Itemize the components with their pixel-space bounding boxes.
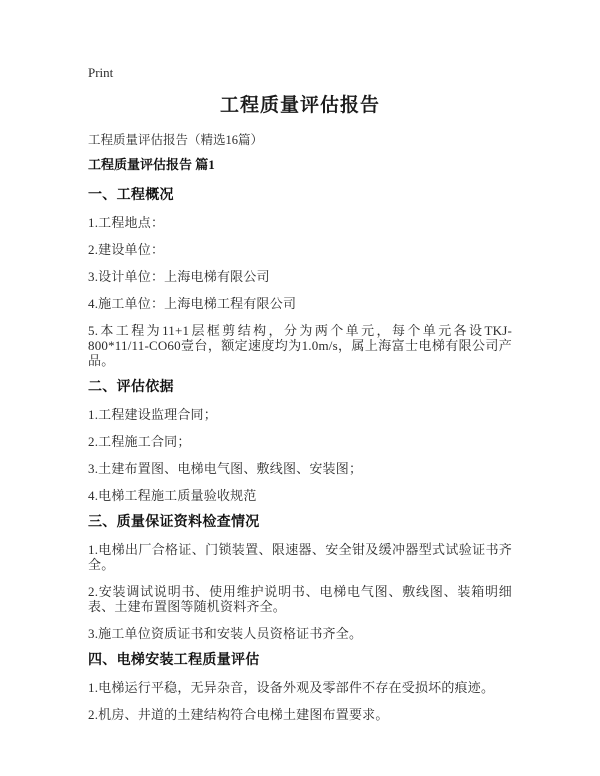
paragraph: 2.工程施工合同；: [88, 434, 512, 449]
document-subtitle: 工程质量评估报告（精选16篇）: [88, 133, 512, 148]
section-heading: 一、工程概况: [88, 188, 512, 203]
series-heading: 工程质量评估报告 篇1: [88, 157, 512, 172]
document-title: 工程质量评估报告: [88, 94, 512, 118]
section-heading: 四、电梯安装工程质量评估: [88, 653, 512, 668]
paragraph: 1.电梯运行平稳，无异杂音，设备外观及零部件不存在受损坏的痕迹。: [88, 680, 512, 695]
print-link[interactable]: Print: [88, 66, 512, 80]
section-heading: 二、评估依据: [88, 380, 512, 395]
section-overview: 一、工程概况 1.工程地点： 2.建设单位： 3.设计单位：上海电梯有限公司 4…: [88, 188, 512, 368]
section-evaluation-basis: 二、评估依据 1.工程建设监理合同； 2.工程施工合同； 3.土建布置图、电梯电…: [88, 380, 512, 503]
paragraph: 2.建设单位：: [88, 242, 512, 257]
section-heading: 三、质量保证资料检查情况: [88, 515, 512, 530]
paragraph: 3.设计单位：上海电梯有限公司: [88, 269, 512, 284]
paragraph: 2.安装调试说明书、使用维护说明书、电梯电气图、敷线图、装箱明细表、土建布置图等…: [88, 584, 512, 614]
document-page: Print 工程质量评估报告 工程质量评估报告（精选16篇） 工程质量评估报告 …: [0, 0, 600, 776]
paragraph: 4.施工单位：上海电梯工程有限公司: [88, 296, 512, 311]
paragraph: 1.电梯出厂合格证、门锁装置、限速器、安全钳及缓冲器型式试验证书齐全。: [88, 542, 512, 572]
paragraph: 3.施工单位资质证书和安装人员资格证书齐全。: [88, 626, 512, 641]
paragraph: 1.工程地点：: [88, 215, 512, 230]
paragraph: 4.电梯工程施工质量验收规范: [88, 488, 512, 503]
paragraph: 2.机房、井道的土建结构符合电梯土建图布置要求。: [88, 707, 512, 722]
paragraph: 5.本工程为11+1层框剪结构，分为两个单元，每个单元各设TKJ-800*11/…: [88, 323, 512, 368]
paragraph: 1.工程建设监理合同；: [88, 407, 512, 422]
paragraph: 3.土建布置图、电梯电气图、敷线图、安装图；: [88, 461, 512, 476]
section-quality-assurance-docs: 三、质量保证资料检查情况 1.电梯出厂合格证、门锁装置、限速器、安全钳及缓冲器型…: [88, 515, 512, 641]
section-installation-quality: 四、电梯安装工程质量评估 1.电梯运行平稳，无异杂音，设备外观及零部件不存在受损…: [88, 653, 512, 722]
